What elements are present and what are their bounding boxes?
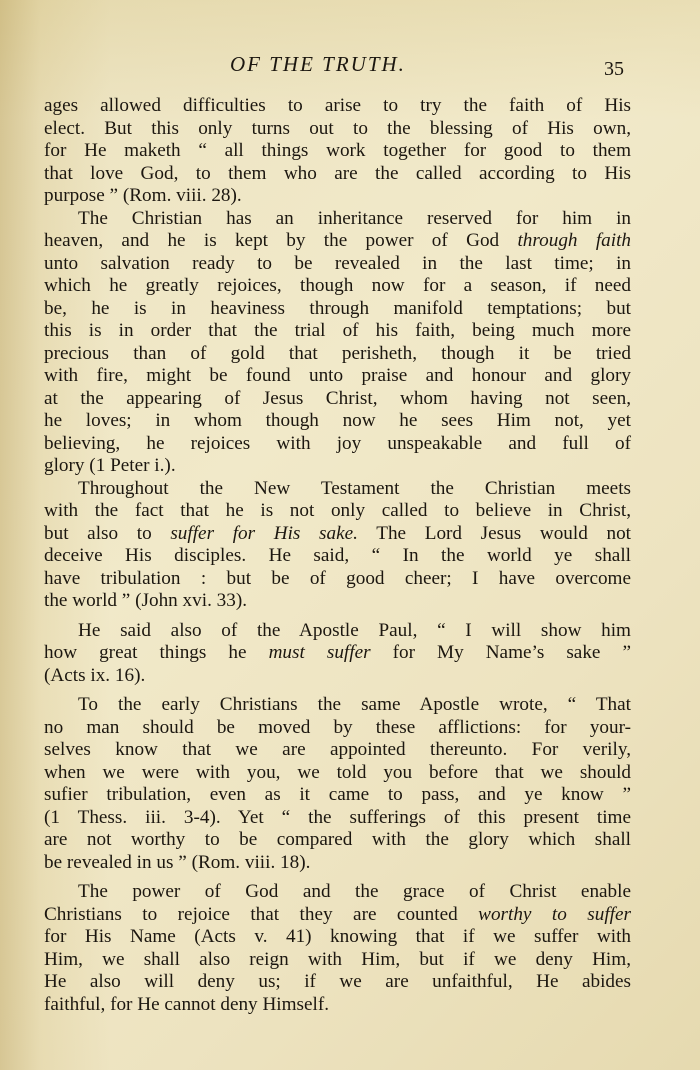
text-line: but also to suffer for His sake. The Lor… [44, 523, 631, 546]
text-line: with the fact that he is not only called… [44, 500, 631, 523]
text-line: which he greatly rejoices, though now fo… [44, 275, 631, 298]
italic-emphasis: through faith [517, 230, 631, 251]
text-line: be, he is in heaviness through manifold … [44, 298, 631, 321]
text-line: for He maketh “ all things work together… [44, 140, 631, 163]
text-line: deceive His disciples. He said, “ In the… [44, 545, 631, 568]
text-line: Him, we shall also reign with Him, but i… [44, 949, 631, 972]
text-line: sufier tribulation, even as it came to p… [44, 784, 631, 807]
text-line: this is in order that the trial of his f… [44, 320, 631, 343]
text-line: be revealed in us ” (Rom. viii. 18). [44, 852, 631, 875]
text-line: faithful, for He cannot deny Himself. [44, 994, 631, 1017]
text-line: He said also of the Apostle Paul, “ I wi… [44, 620, 631, 643]
text-line: the world ” (John xvi. 33). [44, 590, 631, 613]
text-line: have tribulation : but be of good cheer;… [44, 568, 631, 591]
text-line: He also will deny us; if we are unfaithf… [44, 971, 631, 994]
text-line: believing, he rejoices with joy unspeaka… [44, 433, 631, 456]
paragraph: He said also of the Apostle Paul, “ I wi… [44, 620, 631, 688]
text-line: The Christian has an inheritance reserve… [44, 208, 631, 231]
text-line: unto salvation ready to be revealed in t… [44, 253, 631, 276]
text-line: are not worthy to be compared with the g… [44, 829, 631, 852]
text-line: (1 Thess. iii. 3-4). Yet “ the suffering… [44, 807, 631, 830]
italic-emphasis: suffer for His sake. [170, 523, 358, 544]
text-line: Throughout the New Testament the Christi… [44, 478, 631, 501]
text-line: precious than of gold that perisheth, th… [44, 343, 631, 366]
text-line: ages allowed difficulties to arise to tr… [44, 95, 631, 118]
book-page: OF THE TRUTH. 35 ages allowed difficulti… [0, 0, 700, 1070]
text-line: elect. But this only turns out to the bl… [44, 118, 631, 141]
text-line: no man should be moved by these afflicti… [44, 717, 631, 740]
text-line: The power of God and the grace of Christ… [44, 881, 631, 904]
text-line: he loves; in whom though now he sees Him… [44, 410, 631, 433]
text-line: how great things he must suffer for My N… [44, 642, 631, 665]
text-line: Christians to rejoice that they are coun… [44, 904, 631, 927]
text-line: with fire, might be found unto praise an… [44, 365, 631, 388]
paragraph: Throughout the New Testament the Christi… [44, 478, 631, 613]
body-text: ages allowed difficulties to arise to tr… [44, 95, 631, 1016]
text-line: (Acts ix. 16). [44, 665, 631, 688]
text-line: that love God, to them who are the calle… [44, 163, 631, 186]
text-line: at the appearing of Jesus Christ, whom h… [44, 388, 631, 411]
italic-emphasis: worthy to suffer [478, 904, 631, 925]
running-title: OF THE TRUTH. [230, 52, 406, 77]
paragraph: ages allowed difficulties to arise to tr… [44, 95, 631, 208]
text-line: selves know that we are appointed thereu… [44, 739, 631, 762]
italic-emphasis: must suffer [269, 642, 371, 663]
text-line: heaven, and he is kept by the power of G… [44, 230, 631, 253]
paragraph: To the early Christians the same Apostle… [44, 694, 631, 874]
running-head: OF THE TRUTH. 35 [0, 52, 700, 82]
text-line: purpose ” (Rom. viii. 28). [44, 185, 631, 208]
paragraph: The power of God and the grace of Christ… [44, 881, 631, 1016]
paragraph: The Christian has an inheritance reserve… [44, 208, 631, 478]
text-line: when we were with you, we told you befor… [44, 762, 631, 785]
text-line: To the early Christians the same Apostle… [44, 694, 631, 717]
page-number: 35 [604, 58, 624, 81]
text-line: glory (1 Peter i.). [44, 455, 631, 478]
text-line: for His Name (Acts v. 41) knowing that i… [44, 926, 631, 949]
